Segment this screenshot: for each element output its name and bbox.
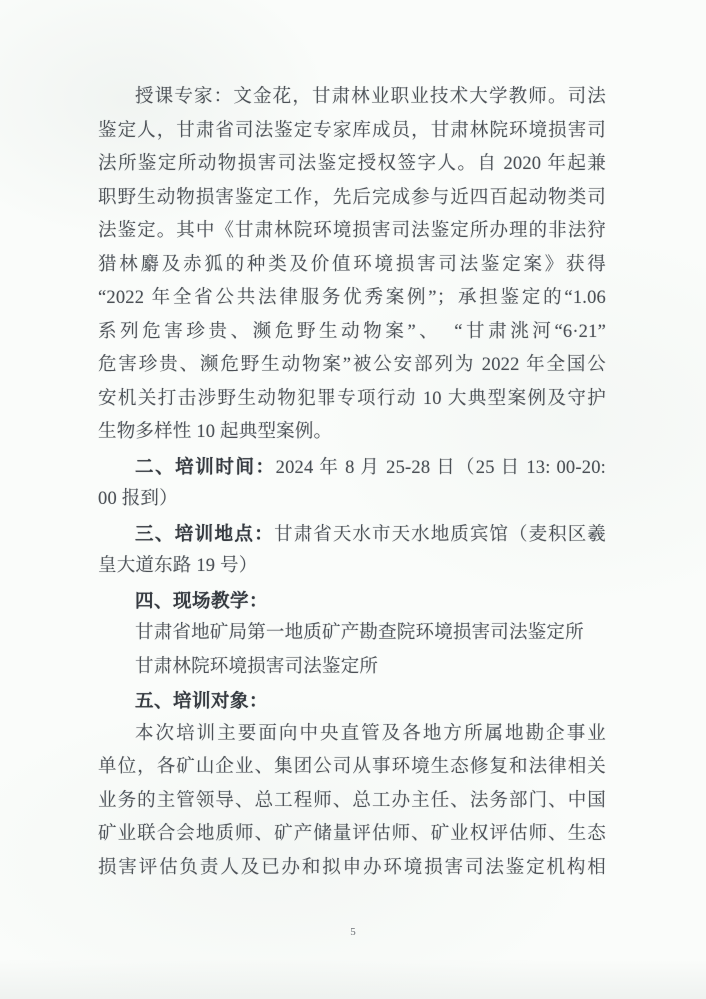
text-line: “2022 年全省公共法律服务优秀案例”；承担鉴定的“1.06 bbox=[98, 282, 606, 316]
body-text: 鉴定人，甘肃省司法鉴定专家库成员，甘肃林院环境损害司 bbox=[98, 121, 606, 141]
text-line: 四、现场教学： bbox=[98, 584, 606, 618]
text-line: 法鉴定。其中《甘肃林院环境损害司法鉴定所办理的非法狩 bbox=[98, 215, 606, 249]
text-line: 猎林麝及赤狐的种类及价值环境损害司法鉴定案》获得 bbox=[98, 249, 606, 283]
body-text: 本次培训主要面向中央直管及各地方所属地勘企事业 bbox=[135, 724, 606, 744]
text-line: 授课专家：文金花，甘肃林业职业技术大学教师。司法 bbox=[98, 81, 606, 115]
text-line: 矿业联合会地质师、矿产储量评估师、矿业权评估师、生态 bbox=[98, 818, 606, 852]
text-line: 法所鉴定所动物损害司法鉴定授权签字人。自 2020 年起兼 bbox=[98, 148, 606, 182]
page-number: 5 bbox=[0, 926, 706, 938]
body-text: 甘肃省天水市天水地质宾馆（麦积区羲 bbox=[274, 525, 606, 545]
text-line: 本次培训主要面向中央直管及各地方所属地勘企事业 bbox=[98, 718, 606, 752]
text-line: 安机关打击涉野生动物犯罪专项行动 10 大典型案例及守护 bbox=[98, 383, 606, 417]
text-line: 00 报到） bbox=[98, 483, 606, 517]
body-text: 安机关打击涉野生动物犯罪专项行动 10 大典型案例及守护 bbox=[98, 389, 606, 409]
body-text: 职野生动物损害鉴定工作，先后完成参与近四百起动物类司 bbox=[98, 188, 606, 208]
body-text: 00 报到） bbox=[98, 489, 178, 509]
body-text: 法所鉴定所动物损害司法鉴定授权签字人。自 2020 年起兼 bbox=[98, 154, 606, 174]
text-line: 单位，各矿山企业、集团公司从事环境生态修复和法律相关 bbox=[98, 751, 606, 785]
text-line: 鉴定人，甘肃省司法鉴定专家库成员，甘肃林院环境损害司 bbox=[98, 115, 606, 149]
body-text: 危害珍贵、濒危野生动物案”被公安部列为 2022 年全国公 bbox=[98, 355, 606, 375]
text-line: 五、培训对象： bbox=[98, 684, 606, 718]
body-text: 业务的主管领导、总工程师、总工办主任、法务部门、中国 bbox=[98, 791, 606, 811]
body-text: 2024 年 8 月 25-28 日（25 日 13: 00-20: bbox=[276, 458, 606, 478]
text-line: 系列危害珍贵、濒危野生动物案”、 “甘肃洮河“6·21” bbox=[98, 316, 606, 350]
body-text: 矿业联合会地质师、矿产储量评估师、矿业权评估师、生态 bbox=[98, 824, 606, 844]
text-line: 业务的主管领导、总工程师、总工办主任、法务部门、中国 bbox=[98, 785, 606, 819]
section-heading-text: 三、培训地点： bbox=[135, 523, 274, 544]
body-text: “2022 年全省公共法律服务优秀案例”；承担鉴定的“1.06 bbox=[98, 288, 606, 308]
document-lines: 授课专家：文金花，甘肃林业职业技术大学教师。司法鉴定人，甘肃省司法鉴定专家库成员… bbox=[98, 81, 606, 885]
text-line: 职野生动物损害鉴定工作，先后完成参与近四百起动物类司 bbox=[98, 182, 606, 216]
text-line: 损害评估负责人及已办和拟申办环境损害司法鉴定机构相 bbox=[98, 852, 606, 886]
body-text: 甘肃林院环境损害司法鉴定所 bbox=[135, 657, 378, 677]
text-line: 生物多样性 10 起典型案例。 bbox=[98, 416, 606, 450]
text-line: 甘肃省地矿局第一地质矿产勘查院环境损害司法鉴定所 bbox=[98, 617, 606, 651]
text-line: 二、培训时间：2024 年 8 月 25-28 日（25 日 13: 00-20… bbox=[98, 450, 606, 484]
body-text: 甘肃省地矿局第一地质矿产勘查院环境损害司法鉴定所 bbox=[135, 623, 584, 643]
body-text: 猎林麝及赤狐的种类及价值环境损害司法鉴定案》获得 bbox=[98, 255, 606, 275]
section-heading-text: 二、培训时间： bbox=[135, 456, 276, 477]
body-text: 生物多样性 10 起典型案例。 bbox=[98, 422, 332, 442]
document-page: 授课专家：文金花，甘肃林业职业技术大学教师。司法鉴定人，甘肃省司法鉴定专家库成员… bbox=[0, 0, 706, 999]
body-text: 系列危害珍贵、濒危野生动物案”、 “甘肃洮河“6·21” bbox=[98, 322, 606, 342]
body-text: 法鉴定。其中《甘肃林院环境损害司法鉴定所办理的非法狩 bbox=[98, 221, 606, 241]
text-line: 皇大道东路 19 号） bbox=[98, 550, 606, 584]
body-text: 单位，各矿山企业、集团公司从事环境生态修复和法律相关 bbox=[98, 757, 606, 777]
section-heading-text: 五、培训对象： bbox=[135, 690, 268, 711]
body-text: 授课专家：文金花，甘肃林业职业技术大学教师。司法 bbox=[135, 87, 606, 107]
body-text: 皇大道东路 19 号） bbox=[98, 556, 257, 576]
body-text: 损害评估负责人及已办和拟申办环境损害司法鉴定机构相 bbox=[98, 858, 606, 878]
section-heading-text: 四、现场教学： bbox=[135, 590, 268, 611]
text-line: 甘肃林院环境损害司法鉴定所 bbox=[98, 651, 606, 685]
text-line: 危害珍贵、濒危野生动物案”被公安部列为 2022 年全国公 bbox=[98, 349, 606, 383]
text-line: 三、培训地点：甘肃省天水市天水地质宾馆（麦积区羲 bbox=[98, 517, 606, 551]
